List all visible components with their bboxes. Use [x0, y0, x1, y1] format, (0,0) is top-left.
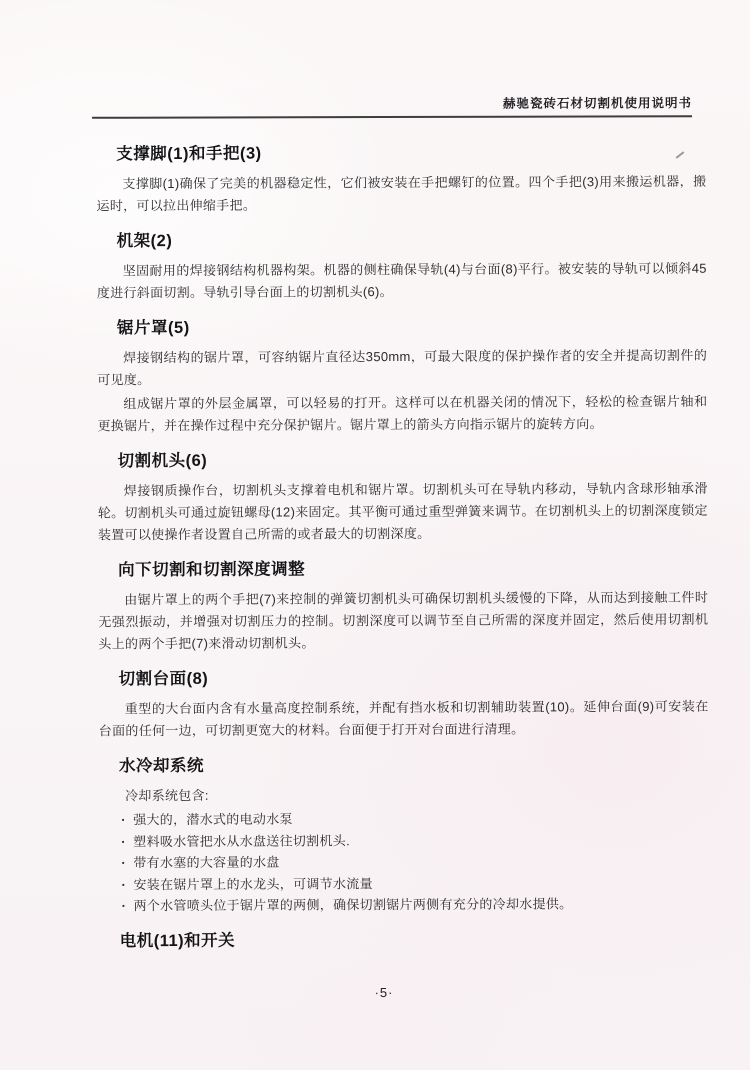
- paragraph: 焊接钢结构的锯片罩，可容纳锯片直径达350mm，可最大限度的保护操作者的安全并提…: [97, 345, 707, 392]
- list-item-text: 带有水塞的大容量的水盘: [133, 855, 279, 871]
- paragraph: 支撑脚(1)确保了完美的机器稳定性，它们被安装在手把螺钉的位置。四个手把(3)用…: [96, 171, 706, 218]
- list-intro: 冷却系统包含:: [99, 783, 709, 808]
- document-content: 支撑脚(1)和手把(3) 支撑脚(1)确保了完美的机器稳定性，它们被安装在手把螺…: [96, 141, 710, 960]
- section-heading: 水冷却系统: [119, 753, 709, 778]
- section-heading: 支撑脚(1)和手把(3): [116, 141, 706, 166]
- page-number: ·5·: [375, 985, 394, 1000]
- section-frame: 机架(2) 坚固耐用的焊接钢结构机器构架。机器的侧柱确保导轨(4)与台面(8)平…: [97, 228, 707, 305]
- list-item-text: 强大的，潜水式的电动水泵: [133, 811, 293, 827]
- header-title: 赫驰瓷砖石材切割机使用说明书: [503, 96, 692, 110]
- bullet-dot-icon: ·: [122, 895, 134, 917]
- paragraph: 由锯片罩上的两个手把(7)来控制的弹簧切割机头可确保切割机头缓慢的下降，从而达到…: [98, 587, 708, 656]
- list-item: ·带有水塞的大容量的水盘: [121, 850, 709, 874]
- page-footer: ·5·: [0, 983, 750, 1002]
- bullet-dot-icon: ·: [121, 831, 133, 853]
- list-item: ·安装在锯片罩上的水龙头，可调节水流量: [121, 871, 709, 895]
- page-header: 赫驰瓷砖石材切割机使用说明书: [92, 93, 692, 119]
- list-item-text: 安装在锯片罩上的水龙头，可调节水流量: [133, 876, 372, 892]
- paragraph: 坚固耐用的焊接钢结构机器构架。机器的侧柱确保导轨(4)与台面(8)平行。被安装的…: [97, 258, 707, 305]
- section-heading: 电机(11)和开关: [120, 927, 710, 952]
- section-heading: 切割机头(6): [118, 448, 708, 473]
- section-heading: 机架(2): [117, 228, 707, 253]
- section-heading: 锯片罩(5): [117, 315, 707, 340]
- bullet-dot-icon: ·: [121, 852, 133, 874]
- paragraph: 重型的大台面内含有水量高度控制系统，并配有挡水板和切割辅助装置(10)。延伸台面…: [99, 696, 709, 743]
- section-water-cooling: 水冷却系统 冷却系统包含: ·强大的，潜水式的电动水泵 ·塑料吸水管把水从水盘送…: [99, 753, 710, 917]
- list-item: ·两个水管喷头位于锯片罩的两侧，确保切割锯片两侧有充分的冷却水提供。: [122, 893, 710, 917]
- section-heading: 向下切割和切割深度调整: [118, 557, 708, 582]
- section-cutting-table: 切割台面(8) 重型的大台面内含有水量高度控制系统，并配有挡水板和切割辅助装置(…: [99, 666, 709, 743]
- section-cutting-head: 切割机头(6) 焊接钢质操作台，切割机头支撑着电机和锯片罩。切割机头可在导轨内移…: [98, 448, 708, 547]
- section-motor-switch: 电机(11)和开关: [100, 927, 710, 952]
- bullet-dot-icon: ·: [121, 874, 133, 896]
- paragraph: 焊接钢质操作台，切割机头支撑着电机和锯片罩。切割机头可在导轨内移动，导轨内含球形…: [98, 478, 708, 547]
- section-plunge-depth-adjust: 向下切割和切割深度调整 由锯片罩上的两个手把(7)来控制的弹簧切割机头可确保切割…: [98, 557, 708, 656]
- list-item: ·强大的，潜水式的电动水泵: [121, 807, 709, 831]
- cooling-system-list: ·强大的，潜水式的电动水泵 ·塑料吸水管把水从水盘送往切割机头. ·带有水塞的大…: [121, 807, 709, 917]
- paragraph: 组成锯片罩的外层金属罩，可以轻易的打开。这样可以在机器关闭的情况下，轻松的检查锯…: [97, 391, 707, 438]
- list-item-text: 两个水管喷头位于锯片罩的两侧，确保切割锯片两侧有充分的冷却水提供。: [134, 896, 573, 913]
- bullet-dot-icon: ·: [121, 809, 133, 831]
- section-blade-guard: 锯片罩(5) 焊接钢结构的锯片罩，可容纳锯片直径达350mm，可最大限度的保护操…: [97, 315, 708, 438]
- document-page: 赫驰瓷砖石材切割机使用说明书 支撑脚(1)和手把(3) 支撑脚(1)确保了完美的…: [0, 0, 750, 1070]
- section-support-feet-handles: 支撑脚(1)和手把(3) 支撑脚(1)确保了完美的机器稳定性，它们被安装在手把螺…: [96, 141, 706, 218]
- list-item-text: 塑料吸水管把水从水盘送往切割机头.: [133, 833, 350, 849]
- list-item: ·塑料吸水管把水从水盘送往切割机头.: [121, 828, 709, 852]
- section-heading: 切割台面(8): [119, 666, 709, 691]
